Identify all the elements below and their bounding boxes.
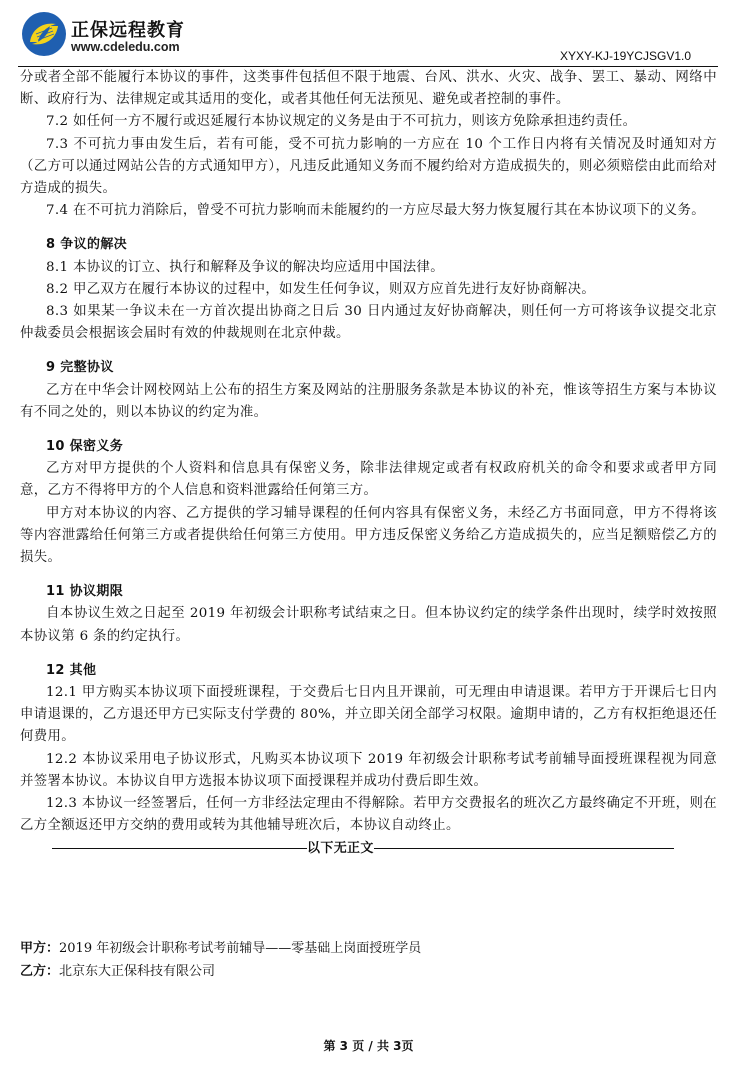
end-of-text-marker: 以下无正文 xyxy=(20,838,717,861)
section-title-10: 10 保密义务 xyxy=(20,436,717,458)
paragraph-8-3: 8.3 如果某一争议未在一方首次提出协商之日后 30 日内通过友好协商解决，则任… xyxy=(20,301,717,345)
brand-logo-icon xyxy=(22,12,66,56)
document-header: 正保远程教育 www.cdeledu.com XYXY-KJ-19YCJSGV1… xyxy=(0,0,737,64)
end-marker-label: 以下无正文 xyxy=(307,841,374,856)
paragraph-12-3: 12.3 本协议一经签署后，任何一方非经法定理由不得解除。若甲方交费报名的班次乙… xyxy=(20,793,717,837)
party-b-row: 乙方：北京东大正保科技有限公司 xyxy=(20,960,421,983)
paragraph-10-1: 乙方对甲方提供的个人资料和信息具有保密义务，除非法律规定或者有权政府机关的命令和… xyxy=(20,458,717,502)
paragraph-11-1: 自本协议生效之日起至 2019 年初级会计职称考试结束之日。但本协议约定的续学条… xyxy=(20,603,717,647)
signature-parties: 甲方：2019 年初级会计职称考试考前辅导——零基础上岗面授班学员 乙方：北京东… xyxy=(20,937,421,983)
end-marker-rule-right xyxy=(374,848,674,849)
paragraph-7-1-continued: 分或者全部不能履行本协议的事件，这类事件包括但不限于地震、台风、洪水、火灾、战争… xyxy=(20,67,717,111)
paragraph-12-2: 12.2 本协议采用电子协议形式，凡购买本协议项下 2019 年初级会计职称考试… xyxy=(20,749,717,793)
party-a-value: 2019 年初级会计职称考试考前辅导——零基础上岗面授班学员 xyxy=(59,941,421,956)
section-title-12: 12 其他 xyxy=(20,660,717,682)
section-title-9: 9 完整协议 xyxy=(20,357,717,379)
section-title-8: 8 争议的解决 xyxy=(20,234,717,256)
paragraph-7-4: 7.4 在不可抗力消除后，曾受不可抗力影响而未能履约的一方应尽最大努力恢复履行其… xyxy=(20,200,717,222)
page-indicator: 第 3 页 / 共 3页 xyxy=(0,1037,737,1054)
document-code: XYXY-KJ-19YCJSGV1.0 xyxy=(560,49,691,63)
paragraph-9-1: 乙方在中华会计网校网站上公布的招生方案及网站的注册服务条款是本协议的补充，惟该等… xyxy=(20,380,717,424)
paragraph-8-2: 8.2 甲乙双方在履行本协议的过程中，如发生任何争议，则双方应首先进行友好协商解… xyxy=(20,279,717,301)
paragraph-7-3: 7.3 不可抗力事由发生后，若有可能，受不可抗力影响的一方应在 10 个工作日内… xyxy=(20,134,717,201)
paragraph-8-1: 8.1 本协议的订立、执行和解释及争议的解决均应适用中国法律。 xyxy=(20,257,717,279)
document-body: 分或者全部不能履行本协议的事件，这类事件包括但不限于地震、台风、洪水、火灾、战争… xyxy=(20,67,717,860)
party-a-row: 甲方：2019 年初级会计职称考试考前辅导——零基础上岗面授班学员 xyxy=(20,937,421,960)
brand-url: www.cdeledu.com xyxy=(71,40,180,54)
party-b-label: 乙方： xyxy=(20,964,59,979)
brand-name: 正保远程教育 xyxy=(71,16,185,42)
paragraph-10-2: 甲方对本协议的内容、乙方提供的学习辅导课程的任何内容具有保密义务，未经乙方书面同… xyxy=(20,503,717,570)
party-a-label: 甲方： xyxy=(20,941,59,956)
party-b-value: 北京东大正保科技有限公司 xyxy=(59,964,215,979)
paragraph-7-2: 7.2 如任何一方不履行或迟延履行本协议规定的义务是由于不可抗力，则该方免除承担… xyxy=(20,111,717,133)
end-marker-rule-left xyxy=(52,848,307,849)
section-title-11: 11 协议期限 xyxy=(20,581,717,603)
paragraph-12-1: 12.1 甲方购买本协议项下面授班课程，于交费后七日内且开课前，可无理由申请退课… xyxy=(20,682,717,749)
